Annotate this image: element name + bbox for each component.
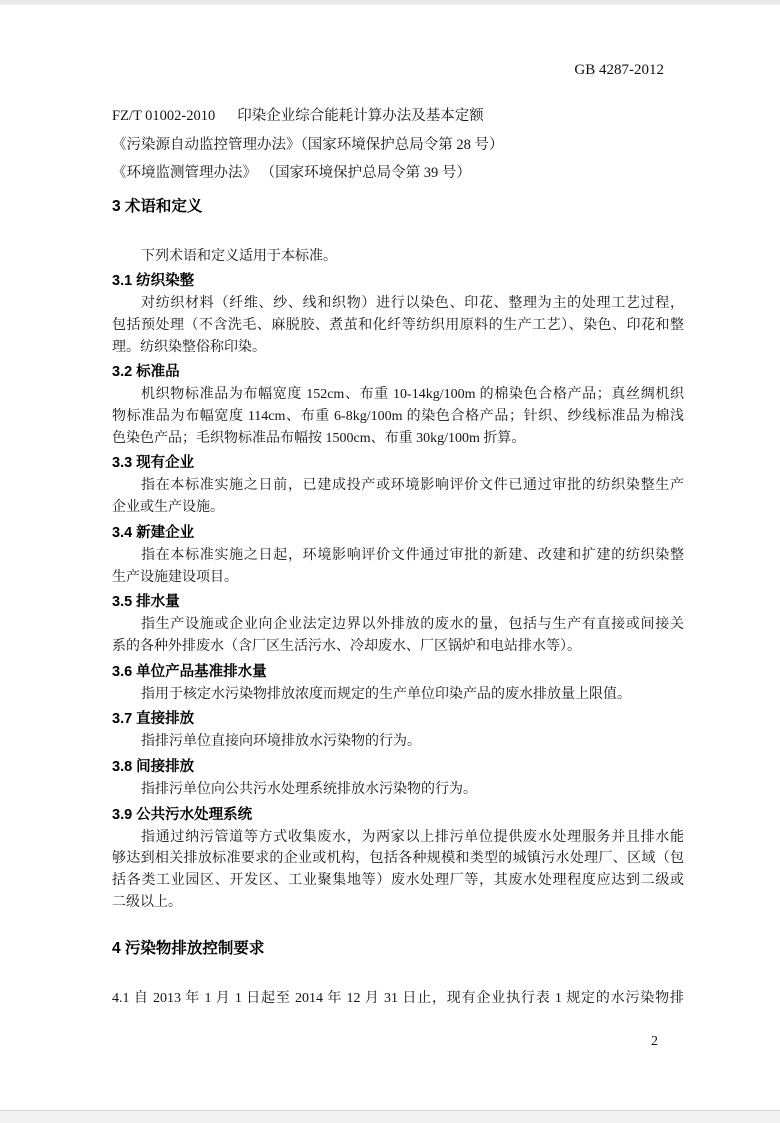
section-heading: 3.6 单位产品基准排水量 — [112, 661, 684, 683]
references-block: FZ/T 01002-2010印染企业综合能耗计算办法及基本定额《污染源自动监控… — [112, 102, 684, 188]
section-heading: 4 污染物排放控制要求 — [112, 938, 684, 960]
standard-number: GB 4287-2012 — [574, 62, 664, 78]
section-heading: 3.1 纺织染整 — [112, 270, 684, 292]
reference-line: 《环境监测管理办法》 （国家环境保护总局令第 39 号） — [112, 159, 684, 188]
paragraph-line: 下列术语和定义适用于本标准。 — [112, 246, 684, 268]
paragraph-line: 括各类工业园区、开发区、工业聚集地等）废水处理厂等，其废水处理程度应达到二级或 — [112, 870, 684, 892]
reference-title: 印染企业综合能耗计算办法及基本定额 — [237, 108, 484, 124]
document-content: 3 术语和定义下列术语和定义适用于本标准。3.1 纺织染整对纺织材料（纤维、纱、… — [112, 196, 684, 1010]
section-heading: 3.7 直接排放 — [112, 708, 684, 730]
paragraph-line: 指生产设施或企业向企业法定边界以外排放的废水的量，包括与生产有直接或间接关 — [112, 614, 684, 636]
paragraph-line: 机织物标准品为布幅宽度 152cm、布重 10-14kg/100m 的棉染色合格… — [112, 384, 684, 406]
section-heading: 3.4 新建企业 — [112, 522, 684, 544]
section-heading: 3.9 公共污水处理系统 — [112, 804, 684, 826]
paragraph-line: 够达到相关排放标准要求的企业或机构，包括各种规模和类型的城镇污水处理厂、区域（包 — [112, 848, 684, 870]
paragraph-line: 指通过纳污管道等方式收集废水，为两家以上排污单位提供废水处理服务并且排水能 — [112, 827, 684, 849]
page-footer: 2 — [112, 1033, 684, 1051]
section-heading: 3.8 间接排放 — [112, 756, 684, 778]
reference-line: 《污染源自动监控管理办法》（国家环境保护总局令第 28 号） — [112, 131, 684, 160]
paragraph-line: 指排污单位向公共污水处理系统排放水污染物的行为。 — [112, 779, 684, 801]
paragraph-line: 指在本标准实施之日起，环境影响评价文件通过审批的新建、改建和扩建的纺织染整 — [112, 545, 684, 567]
paragraph-line: 企业或生产设施。 — [112, 497, 684, 519]
paragraph-line: 二级以上。 — [112, 892, 684, 914]
paragraph-line: 指排污单位直接向环境排放水污染物的行为。 — [112, 731, 684, 753]
reference-line: FZ/T 01002-2010印染企业综合能耗计算办法及基本定额 — [112, 102, 684, 131]
paragraph-line: 生产设施建设项目。 — [112, 567, 684, 589]
paragraph-line: 物标准品为布幅宽度 114cm、布重 6-8kg/100m 的染色合格产品；针织… — [112, 406, 684, 428]
paragraph-line: 理。纺织染整俗称印染。 — [112, 337, 684, 359]
paragraph-line: 色染色产品；毛织物标准品布幅按 1500cm、布重 30kg/100m 折算。 — [112, 428, 684, 450]
section-heading: 3.2 标准品 — [112, 361, 684, 383]
document-page: GB 4287-2012 FZ/T 01002-2010印染企业综合能耗计算办法… — [112, 0, 684, 1009]
section-heading: 3.3 现有企业 — [112, 452, 684, 474]
paragraph-line: 4.1 自 2013 年 1 月 1 日起至 2014 年 12 月 31 日止… — [112, 988, 684, 1010]
page-header: GB 4287-2012 — [112, 60, 684, 80]
paragraph-line: 指在本标准实施之日前，已建成投产或环境影响评价文件已通过审批的纺织染整生产 — [112, 475, 684, 497]
reference-code: FZ/T 01002-2010 — [112, 108, 215, 124]
section-heading: 3 术语和定义 — [112, 196, 684, 218]
paragraph-line: 包括预处理（不含洗毛、麻脱胶、煮茧和化纤等纺织用原料的生产工艺）、染色、印花和整 — [112, 315, 684, 337]
viewer-bottom-edge — [0, 1110, 780, 1123]
page-number: 2 — [651, 1034, 658, 1049]
paragraph-line: 指用于核定水污染物排放浓度而规定的生产单位印染产品的废水排放量上限值。 — [112, 684, 684, 706]
paragraph-line: 对纺织材料（纤维、纱、线和织物）进行以染色、印花、整理为主的处理工艺过程， — [112, 293, 684, 315]
section-heading: 3.5 排水量 — [112, 591, 684, 613]
paragraph-line: 系的各种外排废水（含厂区生活污水、冷却废水、厂区锅炉和电站排水等）。 — [112, 636, 684, 658]
